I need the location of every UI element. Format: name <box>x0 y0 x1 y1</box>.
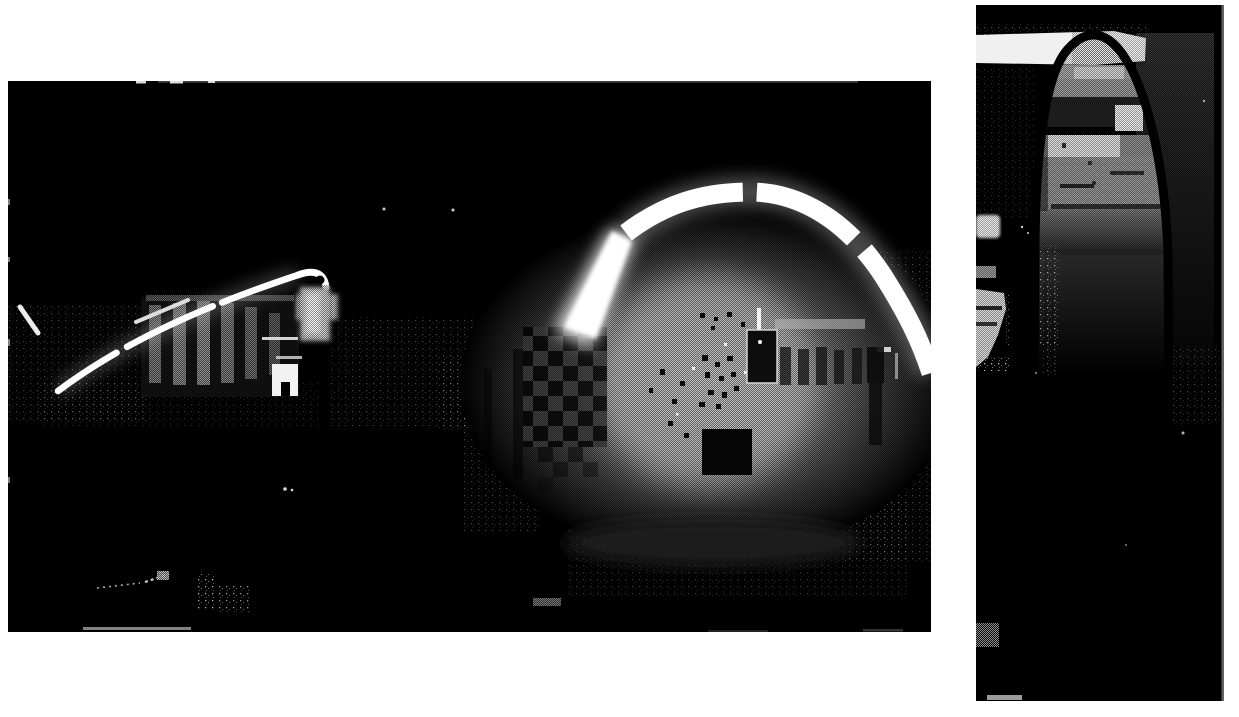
left-photo-canvas <box>8 81 931 632</box>
scan-right-border <box>1222 5 1225 701</box>
tunnel-panorama-art <box>8 81 931 632</box>
right-photo-canvas <box>976 5 1224 701</box>
dark-door <box>747 330 777 383</box>
dark-base-panel <box>702 429 752 475</box>
page: { "page": { "kind": "scanned photo sprea… <box>0 0 1239 717</box>
arched-opening-photo <box>976 5 1224 701</box>
tunnel-panorama-photo <box>8 81 931 632</box>
arched-opening-art <box>976 5 1224 701</box>
